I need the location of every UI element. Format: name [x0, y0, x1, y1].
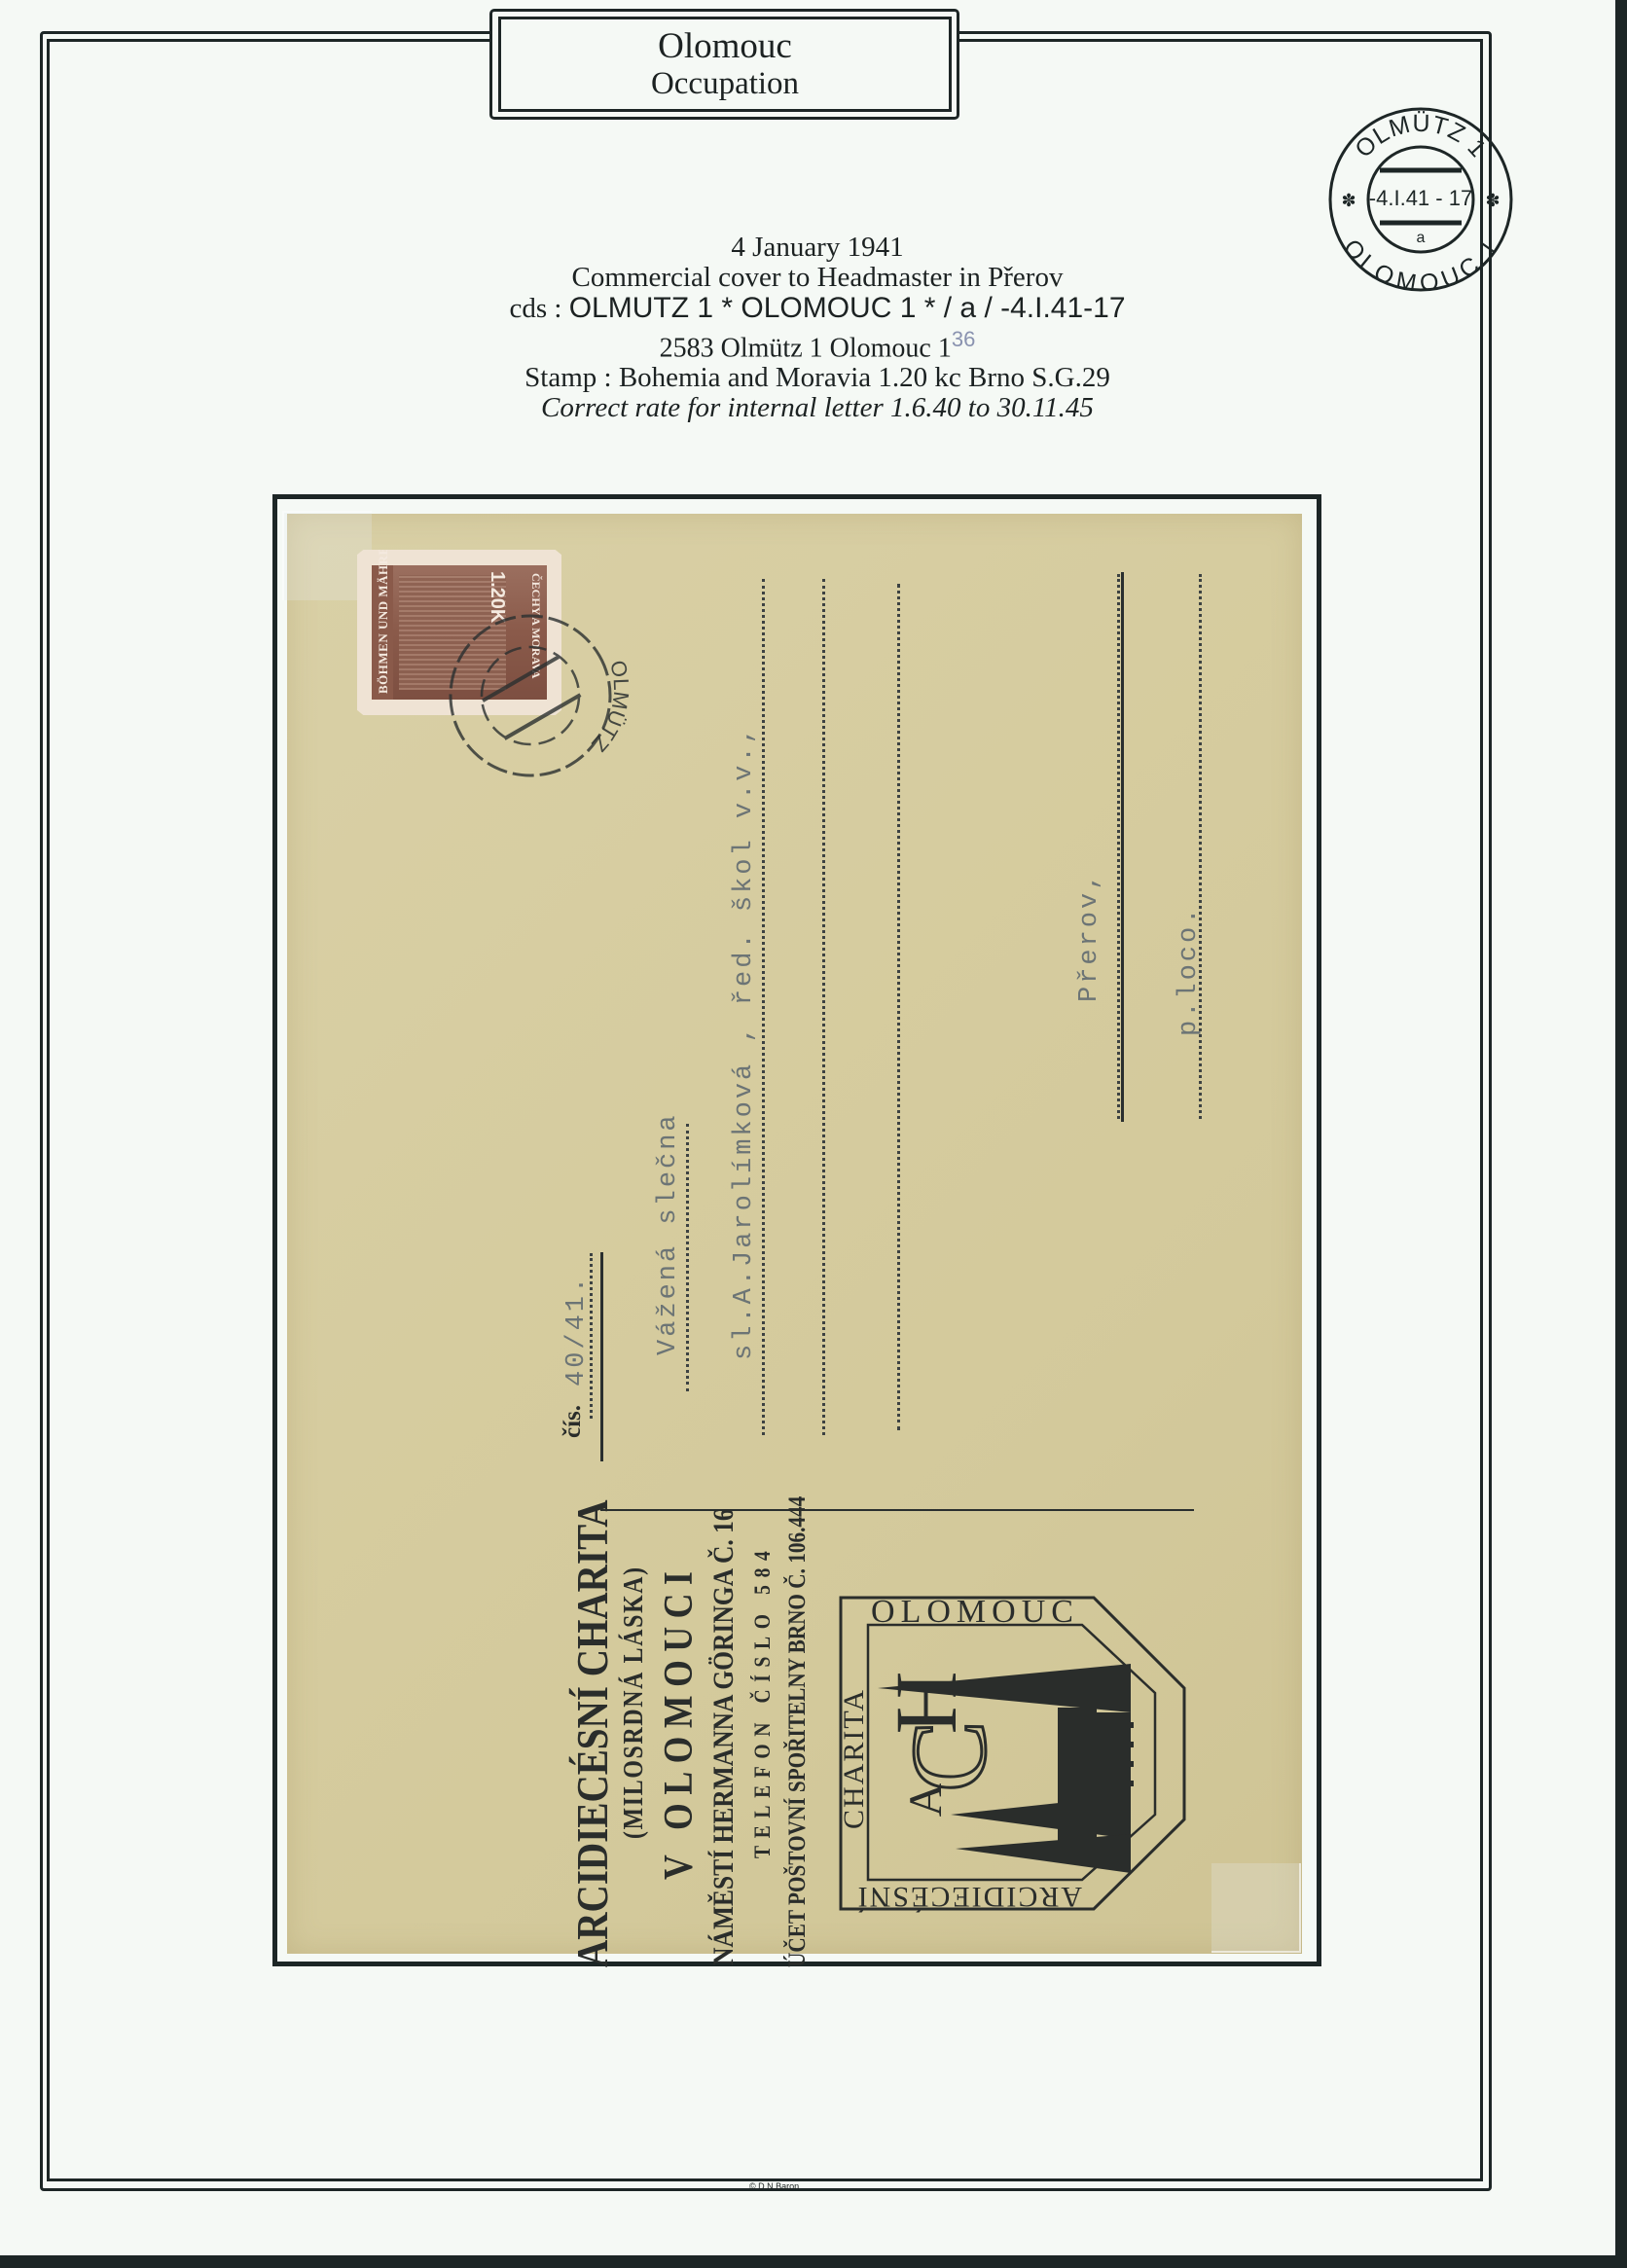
svg-text:✽: ✽: [1485, 191, 1500, 210]
reference-number: 40/41.: [562, 1275, 592, 1386]
salutation: Vážená slečna: [654, 1112, 683, 1355]
catalogue-ref: 2583 Olmütz 1 Olomouc 136: [292, 324, 1343, 363]
page-title: Olomouc Occupation: [498, 17, 952, 112]
cover-description: 4 January 1941 Commercial cover to Headm…: [292, 232, 1343, 423]
city: Přerov,: [1075, 872, 1104, 1002]
stamp-country-de: BÖHMEN UND MÄHREN: [376, 536, 391, 694]
postmark-illustration: OLMÜTZ 1 OLOMOUC 1 -4.I.41 - 17 a ✽ ✽: [1323, 102, 1518, 297]
svg-text:-4.I.41 - 17: -4.I.41 - 17: [1369, 186, 1472, 210]
divider-line: [600, 1509, 1194, 1511]
svg-text:ARCIDIECÉSNÍ: ARCIDIECÉSNÍ: [856, 1881, 1082, 1913]
sender-name: ARCIDIECÉSNÍ CHARITA: [566, 1499, 618, 1967]
charity-logo: OLOMOUC CHARITA ARCIDIECÉSNÍ C A H: [839, 1596, 1194, 1917]
page-title-main: Olomouc: [501, 27, 949, 66]
cancel-postmark: OLMÜTZ 1: [418, 584, 642, 808]
svg-text:A: A: [900, 1782, 952, 1817]
reference-label: čís.: [560, 1405, 587, 1438]
sender-telephone: TELEFON ČÍSLO 584: [750, 1544, 776, 1858]
rate-note: Correct rate for internal letter 1.6.40 …: [292, 393, 1343, 423]
sender-account: ÚČET POŠTOVNÍ SPOŘITELNY BRNO Č. 106.444: [784, 1496, 812, 1967]
page-edge: [0, 2255, 1627, 2268]
corner-mount: [1211, 1863, 1301, 1953]
svg-text:✽: ✽: [1341, 191, 1356, 210]
sender-motto: (MILOSRDNÁ LÁSKA): [619, 1566, 650, 1839]
svg-text:CHARITA: CHARITA: [839, 1688, 870, 1829]
stamp-description: Stamp : Bohemia and Moravia 1.20 kc Brno…: [292, 363, 1343, 393]
page-title-sub: Occupation: [501, 66, 949, 101]
addressee: sl.A.Jarolímková , řed. škol v.v.,: [730, 725, 759, 1360]
svg-text:a: a: [1417, 230, 1426, 246]
cover-date: 4 January 1941: [292, 232, 1343, 263]
cover-summary: Commercial cover to Headmaster in Přerov: [292, 263, 1343, 293]
svg-text:OLMÜTZ 1: OLMÜTZ 1: [1350, 110, 1492, 163]
pencil-note: 36: [952, 327, 975, 351]
sender-city: V OLOMOUCI: [656, 1564, 703, 1880]
cds-line: cds : OLMUTZ 1 * OLOMOUC 1 * / a / -4.I.…: [292, 293, 1343, 324]
sender-address: NÁMĚSTÍ HERMANNA GÖRINGA Č. 16: [707, 1508, 741, 1965]
page-edge: [1615, 0, 1627, 2268]
svg-text:H: H: [879, 1672, 975, 1735]
svg-text:OLMÜTZ 1: OLMÜTZ 1: [541, 651, 642, 808]
copyright: © D.N.Baron: [749, 2181, 799, 2191]
cds-value: OLMUTZ 1 * OLOMOUC 1 * / a / -4.I.41-17: [569, 292, 1126, 324]
svg-text:OLOMOUC: OLOMOUC: [871, 1596, 1079, 1630]
